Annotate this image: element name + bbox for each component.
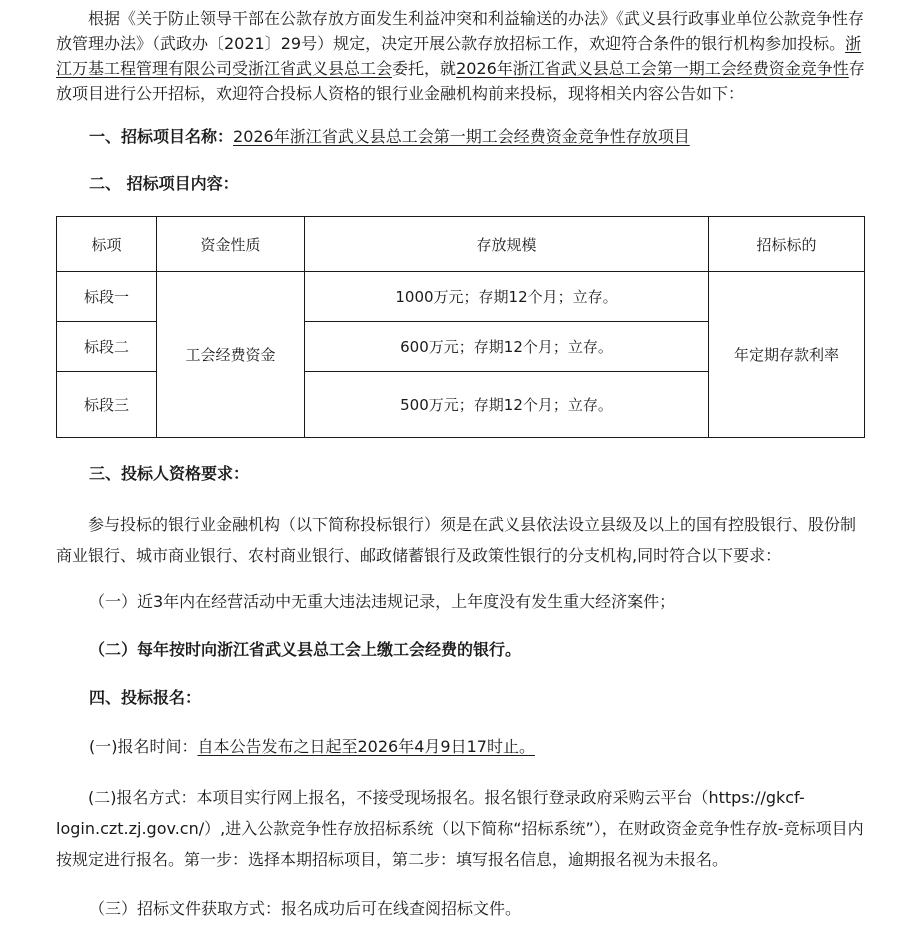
tender-content-table: 标项 资金性质 存放规模 招标标的 标段一 工会经费资金 1000万元；存期12… [56,216,865,438]
section1-project-name: 2026年浙江省武义县总工会第一期工会经费资金竞争性存放项目 [233,127,690,146]
target-cell: 年定期存款利率 [709,272,865,438]
header-scale: 存放规模 [305,217,709,272]
lot-cell: 标段一 [57,272,157,322]
registration-time-value: 自本公告发布之日起至2026年4月9日17时止。 [198,737,535,756]
registration-time-label: (一)报名时间： [89,737,198,756]
intro-text: 受 [232,59,248,78]
header-lot: 标项 [57,217,157,272]
section1-heading: 一、招标项目名称：2026年浙江省武义县总工会第一期工会经费资金竞争性存放项目 [89,124,690,149]
registration-method: (二)报名方式：本项目实行网上报名，不接受现场报名。报名银行登录政府采购云平台（… [56,782,866,875]
project-name-inline: 2026年浙江省武义县总工会第一期工会经费资金竞争性 [456,59,849,78]
scale-cell: 600万元；存期12个月；立存。 [305,322,709,372]
section1-label: 一、招标项目名称： [89,127,233,146]
registration-time: (一)报名时间：自本公告发布之日起至2026年4月9日17时止。 [89,734,535,759]
scale-cell: 500万元；存期12个月；立存。 [305,372,709,438]
intro-text: 根据《关于防止领导干部在公款存放方面发生利益冲突和利益输送的办法》《武义县行政事… [56,9,864,53]
client-name: 浙江省武义县总工会 [248,59,392,78]
section3-body: 参与投标的银行业金融机构（以下简称投标银行）须是在武义县依法设立县级及以上的国有… [56,509,866,571]
intro-text: 委托，就 [392,59,456,78]
fund-type-cell: 工会经费资金 [157,272,305,438]
scale-cell: 1000万元；存期12个月；立存。 [305,272,709,322]
header-fund-type: 资金性质 [157,217,305,272]
section4-heading: 四、投标报名： [89,685,201,710]
lot-cell: 标段三 [57,372,157,438]
intro-paragraph: 根据《关于防止领导干部在公款存放方面发生利益冲突和利益输送的办法》《武义县行政事… [56,6,866,106]
section3-heading: 三、投标人资格要求： [89,461,249,486]
header-target: 招标标的 [709,217,865,272]
requirement-1: （一）近3年内在经营活动中无重大违法违规记录，上年度没有发生重大经济案件； [89,589,675,614]
tender-docs-access: （三）招标文件获取方式：报名成功后可在线查阅招标文件。 [89,896,521,921]
section2-heading: 二、 招标项目内容： [89,171,239,196]
lot-cell: 标段二 [57,322,157,372]
table-row: 标段一 工会经费资金 1000万元；存期12个月；立存。 年定期存款利率 [57,272,865,322]
requirement-2: （二）每年按时向浙江省武义县总工会上缴工会经费的银行。 [89,637,521,662]
